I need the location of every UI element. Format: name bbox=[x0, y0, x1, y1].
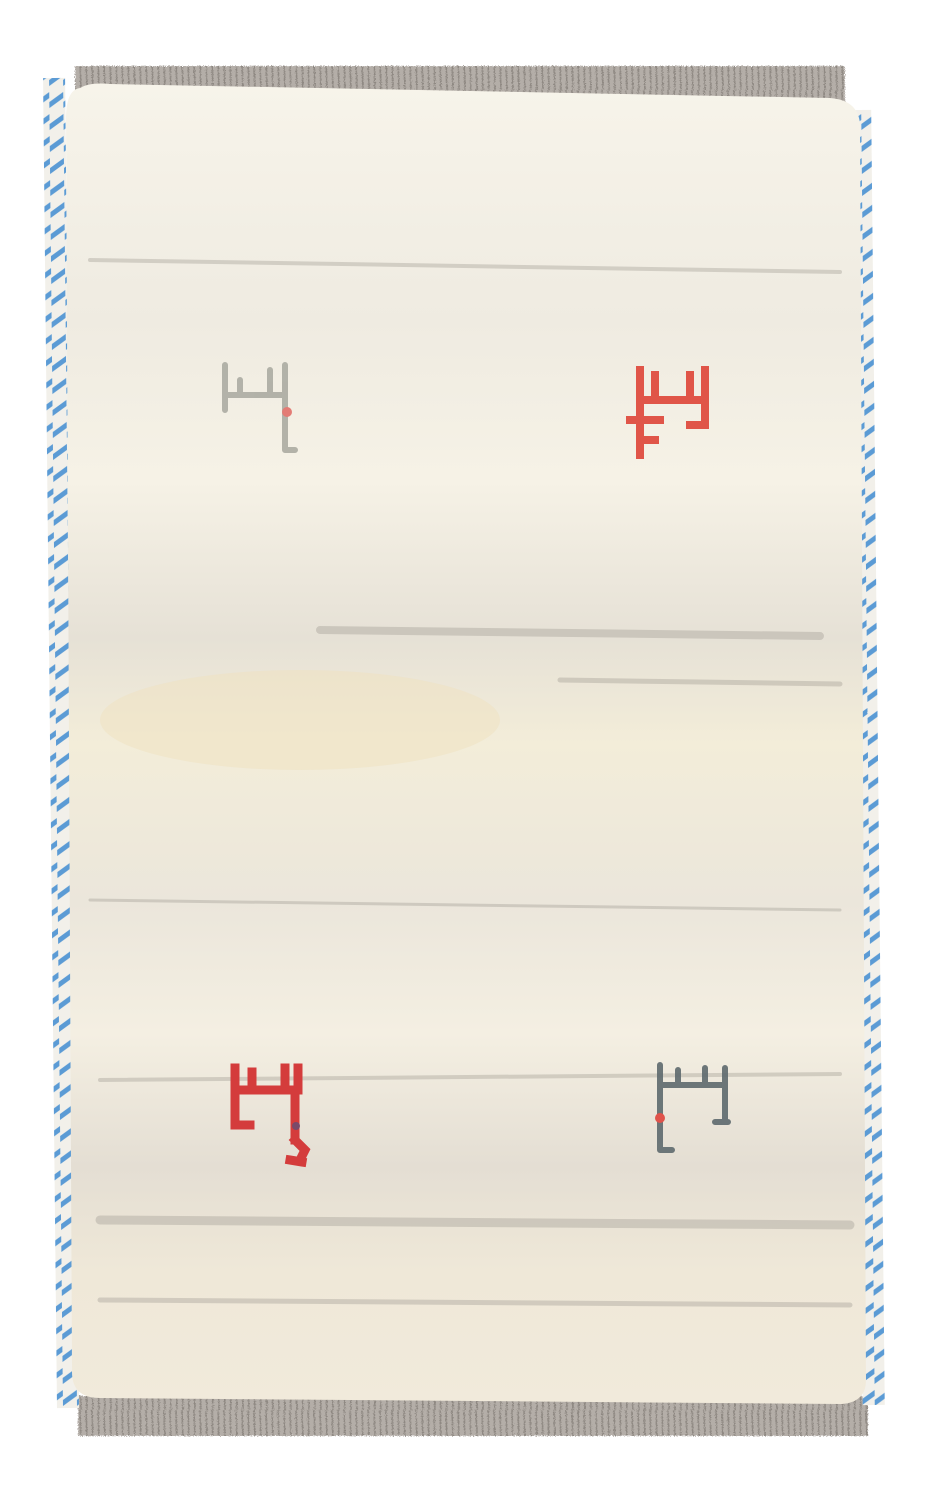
warm-tint bbox=[100, 670, 500, 770]
rug-photo bbox=[0, 0, 936, 1500]
rug-illustration bbox=[0, 0, 936, 1500]
